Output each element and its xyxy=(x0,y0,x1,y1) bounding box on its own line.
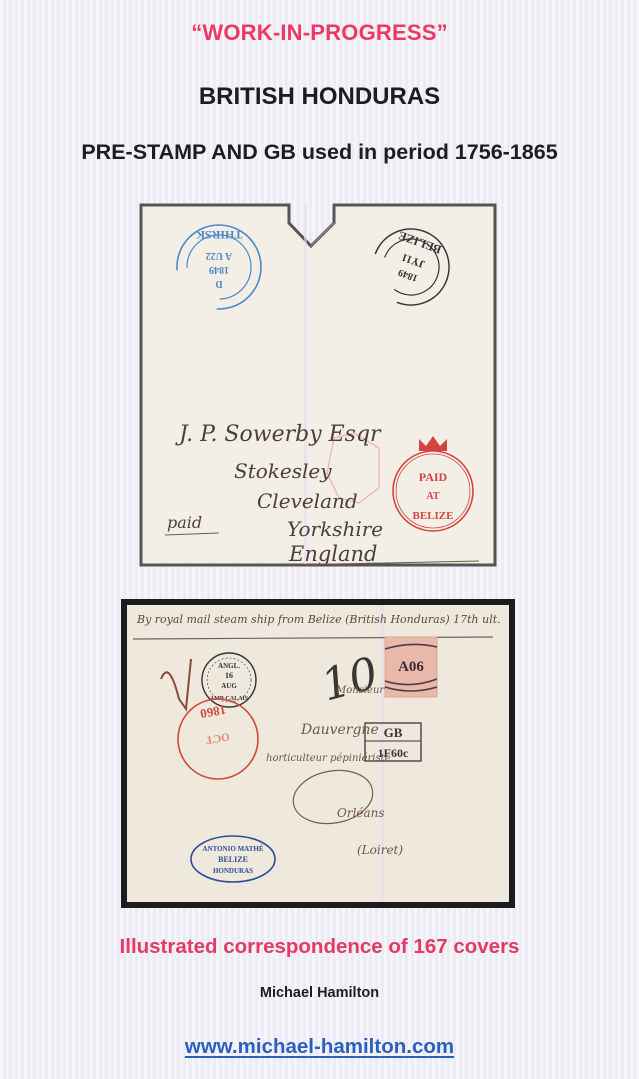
endorsement-text: By royal mail steam ship from Belize (Br… xyxy=(136,613,501,626)
svg-text:Cleveland: Cleveland xyxy=(257,489,358,513)
svg-text:A06: A06 xyxy=(398,659,424,675)
svg-text:A U22: A U22 xyxy=(206,250,232,261)
svg-text:D: D xyxy=(215,278,222,289)
svg-text:HONDURAS: HONDURAS xyxy=(213,867,253,875)
svg-text:England: England xyxy=(288,542,378,566)
collection-description: Illustrated correspondence of 167 covers xyxy=(0,935,639,959)
website-link[interactable]: www.michael-hamilton.com xyxy=(0,1035,639,1059)
svg-text:THIRSK: THIRSK xyxy=(195,228,242,242)
cover-image-thirsk-belize: D 1849 A U22 THIRSK 1849 JY11 BELIZE PAI… xyxy=(139,203,497,567)
svg-text:(Loiret): (Loiret) xyxy=(357,843,403,857)
svg-text:paid: paid xyxy=(167,513,202,532)
svg-text:PAID: PAID xyxy=(419,470,448,484)
svg-text:ANTONIO MATHÉ: ANTONIO MATHÉ xyxy=(203,845,264,853)
svg-text:BELIZE: BELIZE xyxy=(413,510,454,522)
svg-text:Monsieur: Monsieur xyxy=(335,685,385,696)
page-title: BRITISH HONDURAS xyxy=(0,83,639,111)
svg-text:16: 16 xyxy=(225,671,233,680)
svg-text:1849: 1849 xyxy=(209,264,229,275)
postage-stamp: A06 xyxy=(385,637,437,697)
page-subtitle: PRE-STAMP AND GB used in period 1756-186… xyxy=(0,140,639,165)
svg-text:GB: GB xyxy=(384,725,403,740)
work-in-progress-label: “WORK-IN-PROGRESS” xyxy=(0,20,639,46)
svg-text:Stokesley: Stokesley xyxy=(234,459,332,483)
svg-text:J. P. Sowerby Esqr: J. P. Sowerby Esqr xyxy=(175,422,382,447)
cover-image-belize-orleans: By royal mail steam ship from Belize (Br… xyxy=(121,599,515,908)
svg-text:Yorkshire: Yorkshire xyxy=(287,517,383,541)
svg-text:ANGL.: ANGL. xyxy=(218,662,240,670)
author-name: Michael Hamilton xyxy=(0,985,639,1001)
svg-text:BELIZE: BELIZE xyxy=(218,855,248,864)
svg-text:Dauvergne: Dauvergne xyxy=(300,722,379,738)
svg-text:AT: AT xyxy=(426,491,439,502)
svg-text:horticulteur pépiniériste: horticulteur pépiniériste xyxy=(266,753,391,764)
svg-text:AUG: AUG xyxy=(221,682,237,690)
